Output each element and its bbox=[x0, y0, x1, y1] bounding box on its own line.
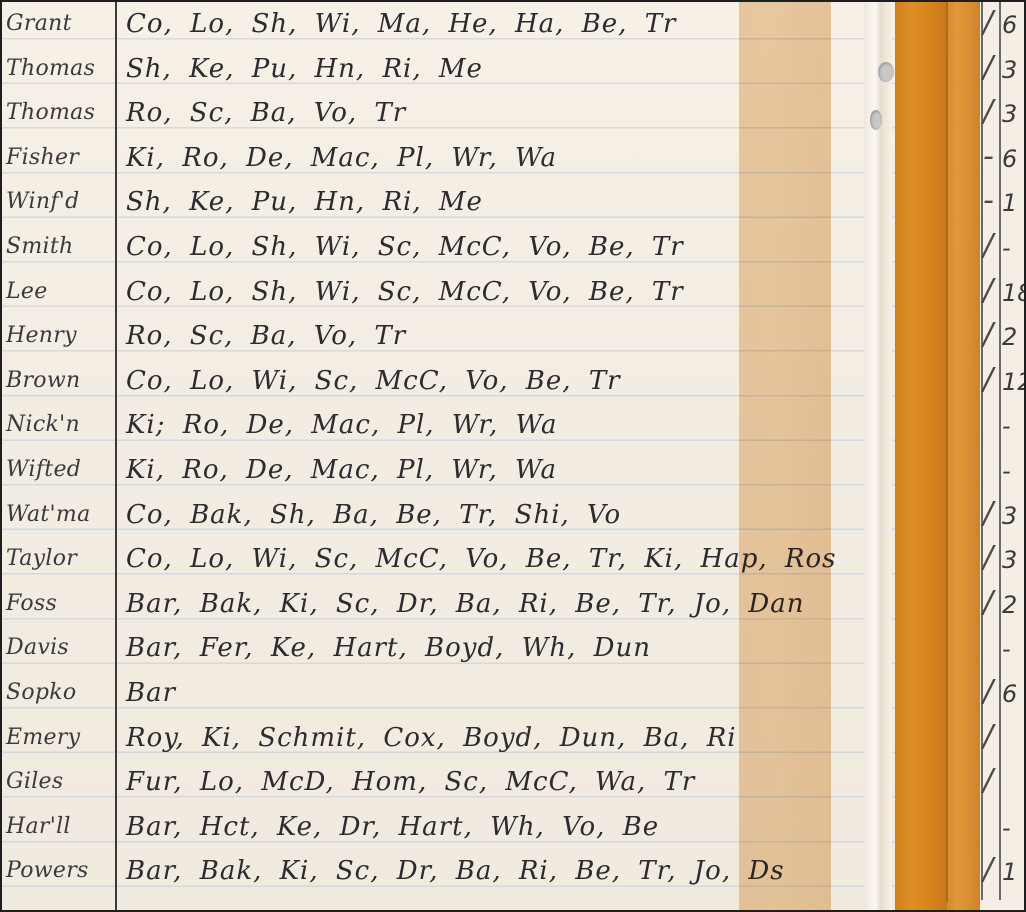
tally-mark: / bbox=[983, 320, 993, 350]
tally-mark: / bbox=[983, 588, 993, 618]
tally-cell: / 2 bbox=[980, 314, 1026, 359]
tally-mark: / bbox=[983, 365, 993, 395]
ledger-entry: Bar, Bak, Ki, Sc, Dr, Ba, Ri, Be, Tr, Jo… bbox=[126, 582, 804, 627]
tally-count: - bbox=[1002, 411, 1011, 441]
tally-cell: / 6 bbox=[980, 671, 1026, 716]
ledger-name: Wifted bbox=[6, 448, 81, 493]
tally-mark: / bbox=[983, 677, 993, 707]
ledger-entry: Ki, Ro, De, Mac, Pl, Wr, Wa bbox=[126, 448, 557, 493]
ledger-entry: Co, Lo, Sh, Wi, Ma, He, Ha, Be, Tr bbox=[126, 2, 676, 47]
tally-mark: / bbox=[983, 53, 993, 83]
tally-cell: / bbox=[980, 760, 1026, 805]
tally-cell: / 6 bbox=[980, 2, 1026, 47]
ledger-name: Thomas bbox=[6, 91, 95, 136]
tally-count: 1 bbox=[1002, 857, 1017, 887]
tally-count: 2 bbox=[1002, 322, 1017, 352]
tally-cell: / 18 bbox=[980, 270, 1026, 315]
tally-mark: / bbox=[983, 543, 993, 573]
tally-count: 3 bbox=[1002, 545, 1017, 575]
tally-mark: / bbox=[983, 722, 993, 752]
tally-count: 1 bbox=[1002, 188, 1017, 218]
ledger-name: Foss bbox=[6, 582, 57, 627]
ledger-name: Giles bbox=[6, 760, 63, 805]
ledger-entry: Ro, Sc, Ba, Vo, Tr bbox=[126, 314, 406, 359]
tally-cell: - bbox=[980, 626, 1026, 671]
ledger-name: Thomas bbox=[6, 47, 95, 92]
tally-count: 6 bbox=[1002, 679, 1017, 709]
ledger-entry: Ki, Ro, De, Mac, Pl, Wr, Wa bbox=[126, 136, 557, 181]
paper-fold bbox=[864, 2, 892, 912]
ledger-entry: Bar, Hct, Ke, Dr, Hart, Wh, Vo, Be bbox=[126, 805, 659, 850]
ledger-name: Brown bbox=[6, 359, 80, 404]
tally-cell: / 12 bbox=[980, 359, 1026, 404]
tally-cell: - bbox=[980, 448, 1026, 493]
tally-mark: / bbox=[983, 276, 993, 306]
punch-hole bbox=[870, 110, 882, 130]
tally-cell: / 3 bbox=[980, 493, 1026, 538]
ledger-entry: Bar, Fer, Ke, Hart, Boyd, Wh, Dun bbox=[126, 626, 651, 671]
tally-cell: / 3 bbox=[980, 537, 1026, 582]
ledger-name: Nick'n bbox=[6, 403, 80, 448]
tally-count: 6 bbox=[1002, 10, 1017, 40]
ledger-entry: Roy, Ki, Schmit, Cox, Boyd, Dun, Ba, Ri bbox=[126, 716, 737, 761]
tape-strip-dark bbox=[895, 2, 947, 912]
ledger-name: Powers bbox=[6, 849, 89, 894]
ledger-name: Har'll bbox=[6, 805, 71, 850]
tally-mark: / bbox=[983, 766, 993, 796]
ledger-entry: Bar, Bak, Ki, Sc, Dr, Ba, Ri, Be, Tr, Jo… bbox=[126, 849, 785, 894]
ledger-name: Winf'd bbox=[6, 180, 80, 225]
ledger-name: Grant bbox=[6, 2, 72, 47]
ledger-page: GrantThomasThomasFisherWinf'dSmithLeeHen… bbox=[0, 0, 1026, 912]
tally-count: 6 bbox=[1002, 144, 1017, 174]
ledger-entry: Co, Lo, Sh, Wi, Sc, McC, Vo, Be, Tr bbox=[126, 270, 684, 315]
ledger-entry: Ro, Sc, Ba, Vo, Tr bbox=[126, 91, 406, 136]
ledger-entry: Co, Lo, Wi, Sc, McC, Vo, Be, Tr bbox=[126, 359, 621, 404]
tally-cell: / 3 bbox=[980, 91, 1026, 136]
ledger-entry: Sh, Ke, Pu, Hn, Ri, Me bbox=[126, 47, 483, 92]
tally-mark: / bbox=[983, 8, 993, 38]
tally-cell: / 3 bbox=[980, 47, 1026, 92]
tally-cell: / 2 bbox=[980, 582, 1026, 627]
ledger-name: Wat'ma bbox=[6, 493, 90, 538]
tally-count: 3 bbox=[1002, 99, 1017, 129]
tape-strip-dark-right bbox=[947, 2, 980, 912]
tally-mark: / bbox=[983, 499, 993, 529]
name-column-divider bbox=[115, 2, 117, 910]
tally-cell: / - bbox=[980, 225, 1026, 270]
tally-mark: - bbox=[983, 186, 994, 216]
tally-cell: - bbox=[980, 805, 1026, 850]
ledger-entry: Bar bbox=[126, 671, 176, 716]
tally-cell: - bbox=[980, 403, 1026, 448]
ledger-entry: Co, Bak, Sh, Ba, Be, Tr, Shi, Vo bbox=[126, 493, 621, 538]
tally-mark: / bbox=[983, 97, 993, 127]
tally-count: 3 bbox=[1002, 55, 1017, 85]
tally-count: - bbox=[1002, 813, 1011, 843]
tally-count: 12 bbox=[1002, 367, 1026, 397]
ledger-name: Taylor bbox=[6, 537, 77, 582]
ledger-name: Davis bbox=[6, 626, 69, 671]
tally-count: 2 bbox=[1002, 590, 1017, 620]
tally-count: - bbox=[1002, 456, 1011, 486]
tally-count: - bbox=[1002, 233, 1011, 263]
tape-strip-light bbox=[739, 2, 831, 912]
tally-cell: - 1 bbox=[980, 180, 1026, 225]
ledger-entry: Co, Lo, Sh, Wi, Sc, McC, Vo, Be, Tr bbox=[126, 225, 684, 270]
tape-seam bbox=[946, 2, 948, 902]
ledger-entry: Co, Lo, Wi, Sc, McC, Vo, Be, Tr, Ki, Hap… bbox=[126, 537, 836, 582]
tally-mark: / bbox=[983, 855, 993, 885]
ledger-entry: Sh, Ke, Pu, Hn, Ri, Me bbox=[126, 180, 483, 225]
ledger-name: Fisher bbox=[6, 136, 79, 181]
ledger-entry: Ki; Ro, De, Mac, Pl, Wr, Wa bbox=[126, 403, 557, 448]
tally-count: 18 bbox=[1002, 278, 1026, 308]
tally-cell: / 1 bbox=[980, 849, 1026, 894]
ledger-name: Henry bbox=[6, 314, 77, 359]
tally-cell: - 6 bbox=[980, 136, 1026, 181]
ledger-entry: Fur, Lo, McD, Hom, Sc, McC, Wa, Tr bbox=[126, 760, 695, 805]
tally-mark: - bbox=[983, 142, 994, 172]
ledger-name: Smith bbox=[6, 225, 73, 270]
tally-cell: / bbox=[980, 716, 1026, 761]
tally-count: 3 bbox=[1002, 501, 1017, 531]
ledger-name: Lee bbox=[6, 270, 48, 315]
tally-mark: / bbox=[983, 231, 993, 261]
punch-hole bbox=[878, 62, 894, 82]
ledger-name: Sopko bbox=[6, 671, 76, 716]
tally-count: - bbox=[1002, 634, 1011, 664]
ledger-name: Emery bbox=[6, 716, 80, 761]
